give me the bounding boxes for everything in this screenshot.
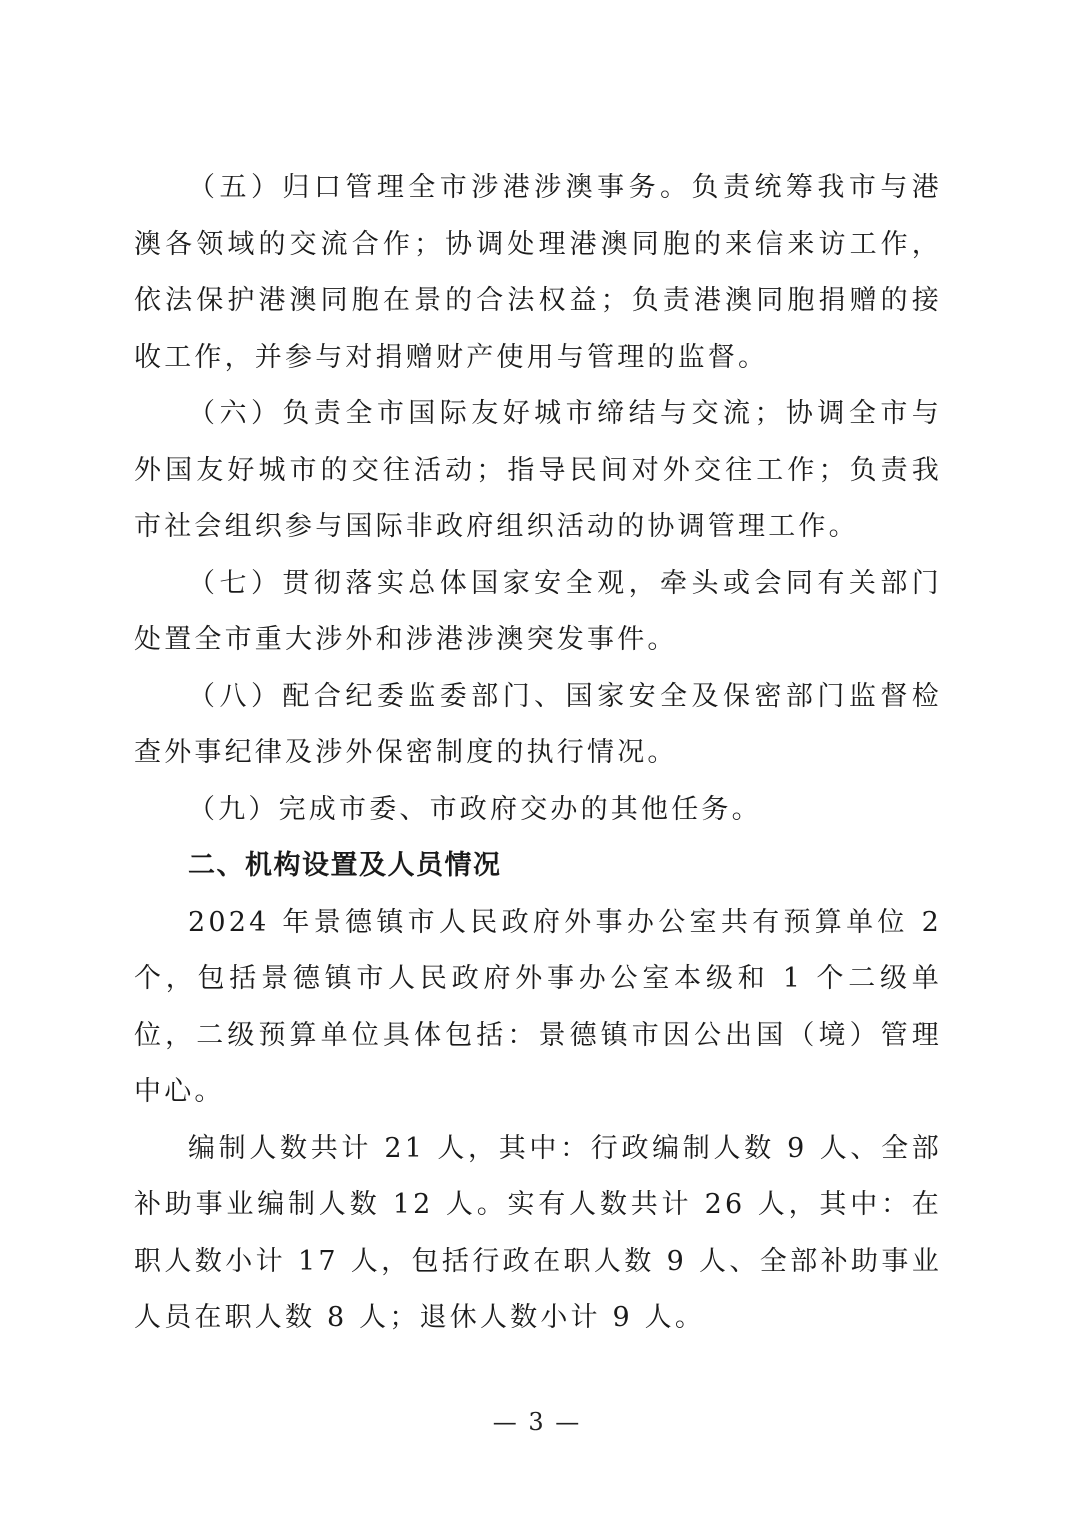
paragraph-item-5: （五）归口管理全市涉港涉澳事务。负责统筹我市与港澳各领域的交流合作；协调处理港澳… (134, 160, 942, 386)
paragraph-item-7: （七）贯彻落实总体国家安全观，牵头或会同有关部门处置全市重大涉外和涉港涉澳突发事… (134, 556, 942, 669)
document-page: （五）归口管理全市涉港涉澳事务。负责统筹我市与港澳各领域的交流合作；协调处理港澳… (134, 160, 942, 1347)
page-number: — 3 — (0, 1408, 1074, 1436)
section-heading: 二、机构设置及人员情况 (134, 838, 942, 895)
paragraph-item-8: （八）配合纪委监委部门、国家安全及保密部门监督检查外事纪律及涉外保密制度的执行情… (134, 669, 942, 782)
staffing-paragraph: 编制人数共计 21 人，其中：行政编制人数 9 人、全部补助事业编制人数 12 … (134, 1121, 942, 1347)
budget-units-paragraph: 2024 年景德镇市人民政府外事办公室共有预算单位 2 个，包括景德镇市人民政府… (134, 895, 942, 1121)
paragraph-item-6: （六）负责全市国际友好城市缔结与交流；协调全市与外国友好城市的交往活动；指导民间… (134, 386, 942, 556)
paragraph-item-9: （九）完成市委、市政府交办的其他任务。 (134, 782, 942, 839)
